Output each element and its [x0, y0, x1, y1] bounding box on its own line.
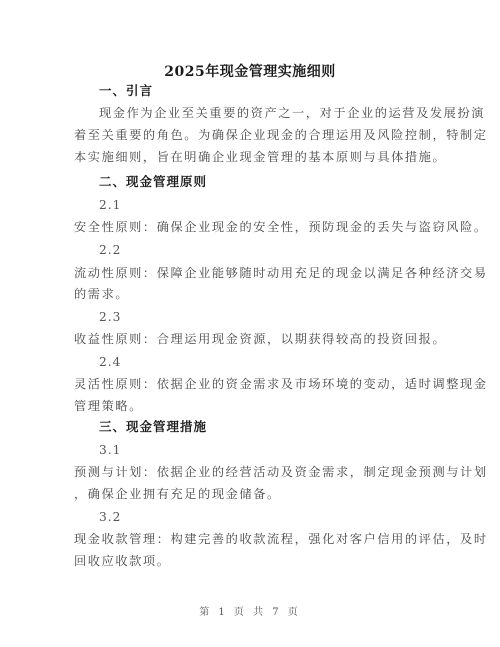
paragraph-line: 预测与计划：依据企业的经营活动及资金需求，制定现金预测与计划 — [74, 464, 419, 480]
paragraph-line: 管理策略。 — [74, 398, 419, 414]
item-number: 2.3 — [99, 309, 444, 325]
paragraph-line: 的需求。 — [74, 286, 419, 302]
paragraph-line: 现金作为企业至关重要的资产之一，对于企业的运营及发展扮演 — [99, 105, 444, 121]
item-number: 3.1 — [99, 442, 444, 458]
item-number: 2.2 — [99, 242, 444, 258]
paragraph-line: 着至关重要的角色。为确保企业现金的合理运用及风险控制，特制定 — [74, 127, 419, 143]
section-heading-introduction: 一、引言 — [99, 83, 444, 99]
paragraph-line: ，确保企业拥有充足的现金储备。 — [74, 486, 419, 502]
paragraph-line: 回收应收款项。 — [74, 553, 419, 569]
paragraph-line: 灵活性原则：依据企业的资金需求及市场环境的变动，适时调整现金 — [74, 376, 419, 392]
paragraph-line: 流动性原则：保障企业能够随时动用充足的现金以满足各种经济交易 — [74, 265, 419, 281]
paragraph-line: 本实施细则，旨在明确企业现金管理的基本原则与具体措施。 — [74, 149, 419, 165]
item-number: 3.2 — [99, 509, 444, 525]
item-number: 2.1 — [99, 197, 444, 213]
section-heading-principles: 二、现金管理原则 — [99, 174, 444, 190]
paragraph-line: 现金收款管理：构建完善的收款流程，强化对客户信用的评估，及时 — [74, 531, 419, 547]
paragraph-line: 安全性原则：确保企业现金的安全性，预防现金的丢失与盗窃风险。 — [74, 219, 419, 235]
item-number: 2.4 — [99, 354, 444, 370]
section-heading-measures: 三、现金管理措施 — [99, 419, 444, 435]
page-indicator: 第 1 页 共 7 页 — [0, 603, 500, 618]
document-page: 2025年现金管理实施细则 一、引言 现金作为企业至关重要的资产之一，对于企业的… — [0, 0, 500, 647]
document-title: 2025年现金管理实施细则 — [0, 61, 500, 81]
paragraph-line: 收益性原则：合理运用现金资源，以期获得较高的投资回报。 — [74, 331, 419, 347]
